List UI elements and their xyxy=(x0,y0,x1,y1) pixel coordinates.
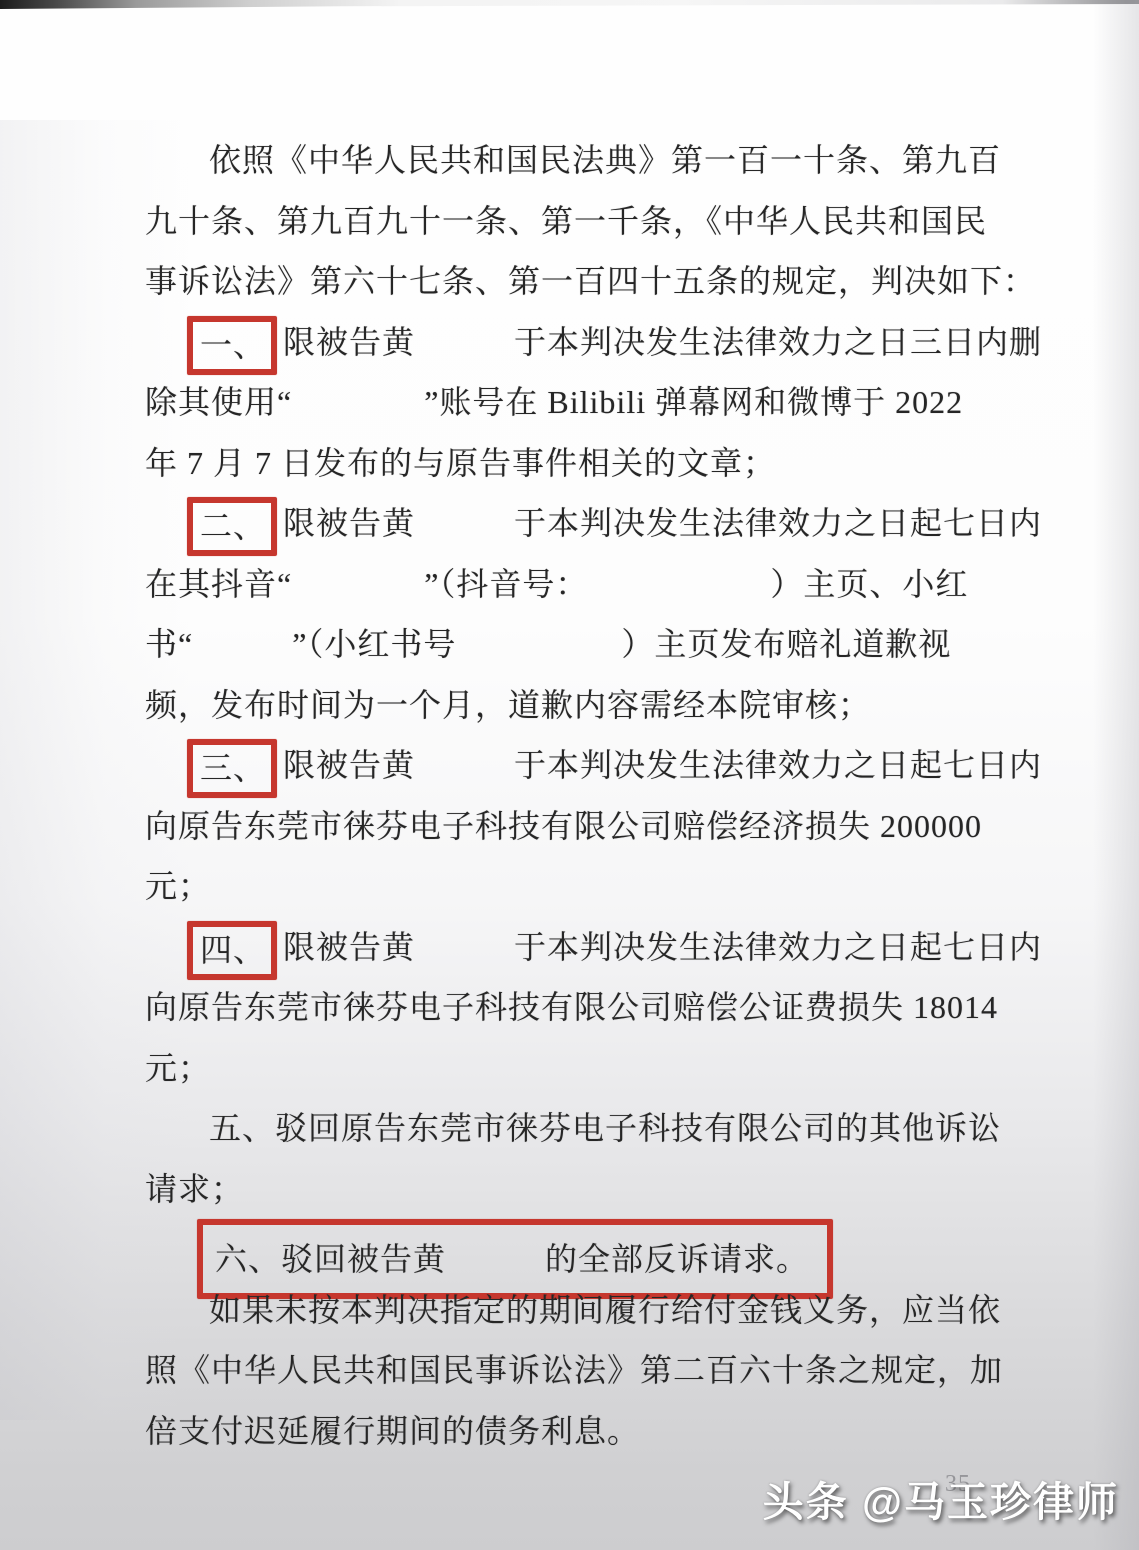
line-text: 请求； xyxy=(145,1171,244,1207)
document-line: 四、限被告黄 于本判决发生法律效力之日起七日内 xyxy=(145,917,995,978)
red-highlight-box: 二、 xyxy=(187,497,277,556)
document-line: 请求； xyxy=(145,1159,995,1220)
line-text: 五、驳回原告东莞市徕芬电子科技有限公司的其他诉讼 xyxy=(209,1110,1001,1146)
line-text: 照《中华人民共和国民事诉讼法》第二百六十条之规定，加 xyxy=(145,1352,1003,1388)
line-text: 除其使用“ ”账号在 Bilibili 弹幕网和微博于 2022 xyxy=(145,384,963,420)
document-line: 在其抖音“ ”（抖音号： ）主页、小红 xyxy=(145,554,995,615)
document-line: 照《中华人民共和国民事诉讼法》第二百六十条之规定，加 xyxy=(145,1340,995,1401)
scan-edge-artifact xyxy=(0,0,1139,9)
line-text: 限被告黄 于本判决发生法律效力之日起七日内 xyxy=(283,505,1042,541)
line-text: 元； xyxy=(145,1050,211,1086)
line-text: 频，发布时间为一个月，道歉内容需经本院审核； xyxy=(145,687,871,723)
document-line: 向原告东莞市徕芬电子科技有限公司赔偿公证费损失 18014 xyxy=(145,977,995,1038)
document-line: 二、限被告黄 于本判决发生法律效力之日起七日内 xyxy=(145,493,995,554)
document-line: 向原告东莞市徕芬电子科技有限公司赔偿经济损失 200000 xyxy=(145,796,995,857)
document-line: 除其使用“ ”账号在 Bilibili 弹幕网和微博于 2022 xyxy=(145,372,995,433)
red-highlight-box: 一、 xyxy=(187,316,277,375)
document-line: 元； xyxy=(145,856,995,917)
line-text: 事诉讼法》第六十七条、第一百四十五条的规定，判决如下： xyxy=(145,263,1036,299)
document-line: 如果未按本判决指定的期间履行给付金钱义务，应当依 xyxy=(145,1280,995,1341)
line-text: 限被告黄 于本判决发生法律效力之日三日内删 xyxy=(283,324,1042,360)
document-line: 频，发布时间为一个月，道歉内容需经本院审核； xyxy=(145,675,995,736)
line-text: 在其抖音“ ”（抖音号： ）主页、小红 xyxy=(145,566,968,602)
document-line: 年 7 月 7 日发布的与原告事件相关的文章； xyxy=(145,433,995,494)
red-highlight-box: 四、 xyxy=(187,921,277,980)
scanned-judgment-page: 依照《中华人民共和国民法典》第一百一十条、第九百九十条、第九百九十一条、第一千条… xyxy=(0,0,1139,1550)
line-text: 限被告黄 于本判决发生法律效力之日起七日内 xyxy=(283,747,1042,783)
document-line: 九十条、第九百九十一条、第一千条，《中华人民共和国民 xyxy=(145,191,995,252)
line-text: 倍支付迟延履行期间的债务利息。 xyxy=(145,1413,640,1449)
document-line: 依照《中华人民共和国民法典》第一百一十条、第九百 xyxy=(145,130,995,191)
document-line: 六、驳回被告黄 的全部反诉请求。 xyxy=(145,1219,995,1280)
document-line: 元； xyxy=(145,1038,995,1099)
document-line: 事诉讼法》第六十七条、第一百四十五条的规定，判决如下： xyxy=(145,251,995,312)
line-text: 九十条、第九百九十一条、第一千条，《中华人民共和国民 xyxy=(145,203,987,239)
document-line: 倍支付迟延履行期间的债务利息。 xyxy=(145,1401,995,1462)
document-line: 五、驳回原告东莞市徕芬电子科技有限公司的其他诉讼 xyxy=(145,1098,995,1159)
line-text: 向原告东莞市徕芬电子科技有限公司赔偿公证费损失 18014 xyxy=(145,989,998,1025)
document-line: 书“ ”（小红书号 ）主页发布赔礼道歉视 xyxy=(145,614,995,675)
line-text: 书“ ”（小红书号 ）主页发布赔礼道歉视 xyxy=(145,626,951,662)
line-text: 年 7 月 7 日发布的与原告事件相关的文章； xyxy=(145,445,776,481)
line-text: 元； xyxy=(145,868,211,904)
line-text: 如果未按本判决指定的期间履行给付金钱义务，应当依 xyxy=(209,1292,1001,1328)
document-body: 依照《中华人民共和国民法典》第一百一十条、第九百九十条、第九百九十一条、第一千条… xyxy=(145,130,995,1461)
line-text: 依照《中华人民共和国民法典》第一百一十条、第九百 xyxy=(209,142,1001,178)
document-line: 三、限被告黄 于本判决发生法律效力之日起七日内 xyxy=(145,735,995,796)
watermark-toutiao-lawyer: 头条 @马玉珍律师 xyxy=(763,1469,1119,1528)
red-highlight-box: 三、 xyxy=(187,739,277,798)
line-text: 限被告黄 于本判决发生法律效力之日起七日内 xyxy=(283,929,1042,965)
scan-right-shade xyxy=(1093,0,1139,1550)
line-text: 六、驳回被告黄 的全部反诉请求。 xyxy=(215,1241,809,1277)
document-line: 一、限被告黄 于本判决发生法律效力之日三日内删 xyxy=(145,312,995,373)
line-text: 向原告东莞市徕芬电子科技有限公司赔偿经济损失 200000 xyxy=(145,808,982,844)
